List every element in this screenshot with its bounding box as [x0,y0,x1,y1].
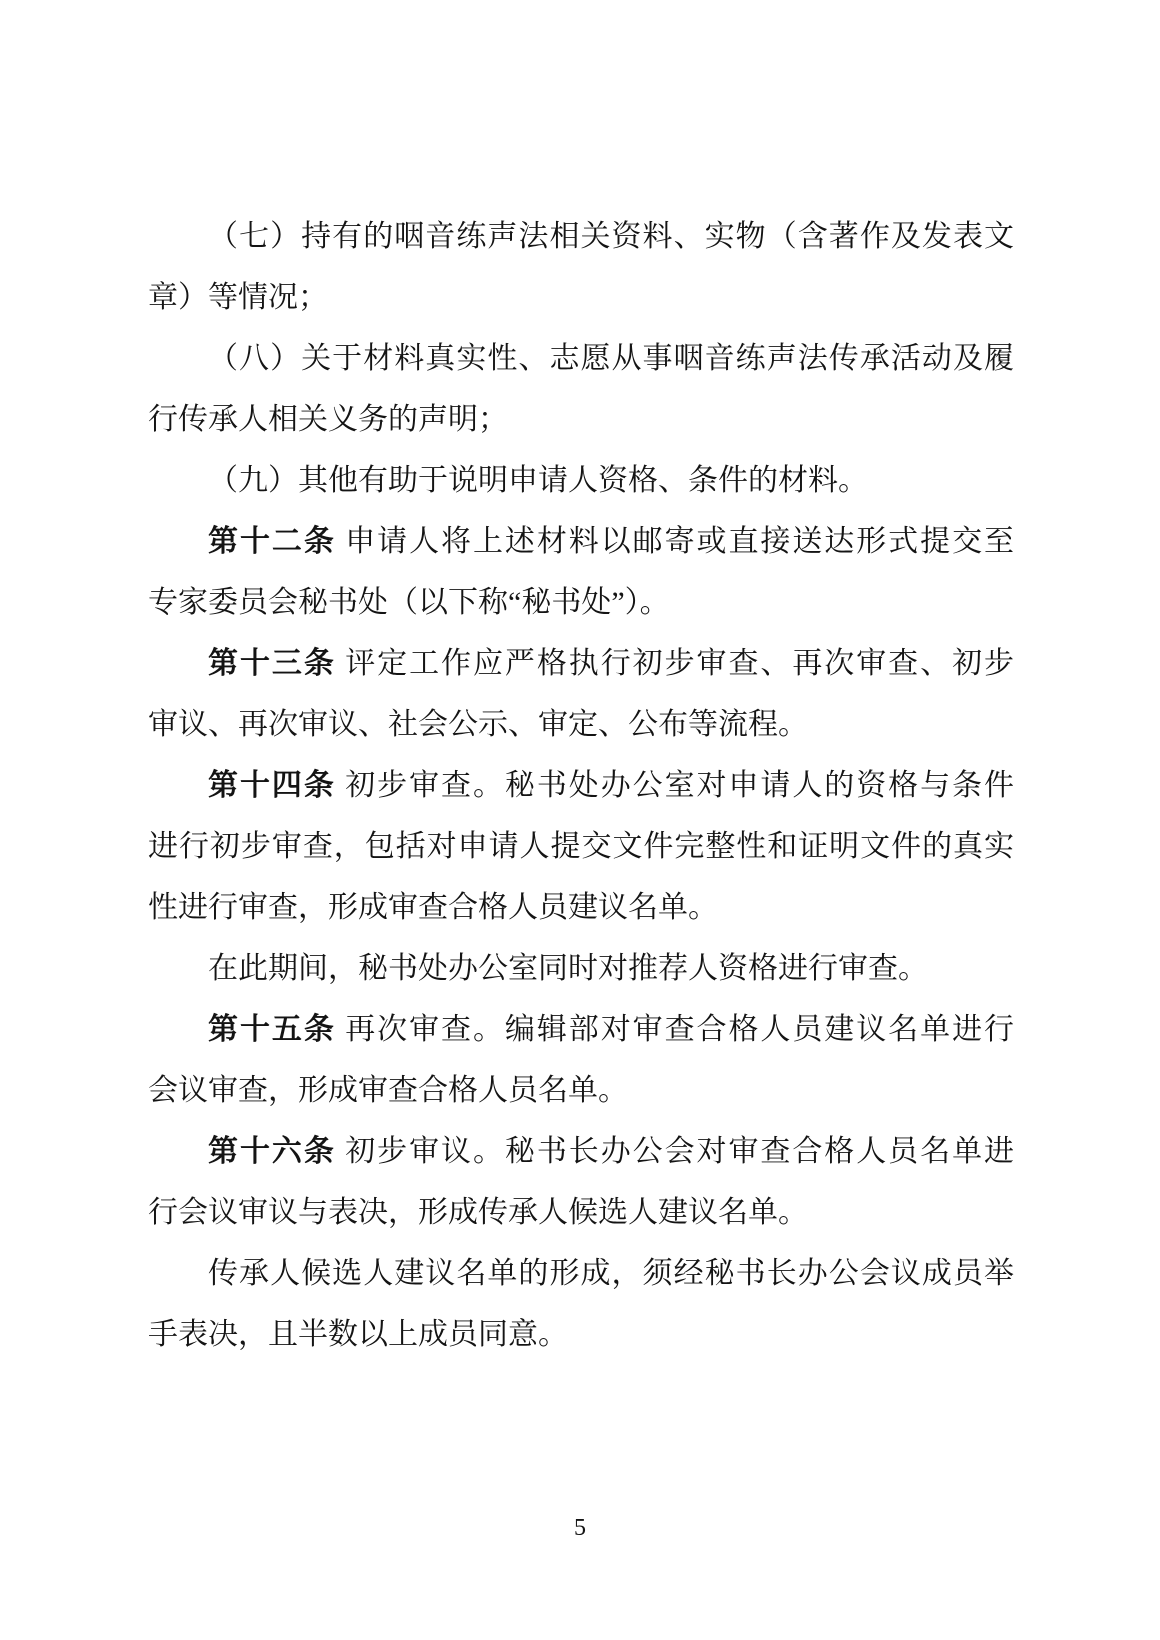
text-line: 第十四条 初步审查。秘书处办公室对申请人的资格与条件 [148,755,1014,816]
text-line: 手表决，且半数以上成员同意。 [148,1304,1014,1365]
text-line: 会议审查，形成审查合格人员名单。 [148,1060,1014,1121]
document-body: （七）持有的咽音练声法相关资料、实物（含著作及发表文 章）等情况； （八）关于材… [148,206,1014,1365]
document-page: （七）持有的咽音练声法相关资料、实物（含著作及发表文 章）等情况； （八）关于材… [0,0,1160,1640]
line-text: 传承人候选人建议名单的形成，须经秘书长办公会议成员举 [208,1257,1014,1290]
text-line: 第十六条 初步审议。秘书长办公会对审查合格人员名单进 [148,1121,1014,1182]
line-text: （八）关于材料真实性、志愿从事咽音练声法传承活动及履 [208,342,1014,375]
text-line: （七）持有的咽音练声法相关资料、实物（含著作及发表文 [148,206,1014,267]
line-text: 专家委员会秘书处（以下称“秘书处”）。 [148,586,670,619]
text-line: 专家委员会秘书处（以下称“秘书处”）。 [148,572,1014,633]
page-number: 5 [0,1512,1160,1544]
line-text: （七）持有的咽音练声法相关资料、实物（含著作及发表文 [208,220,1014,253]
line-text: 再次审查。编辑部对审查合格人员建议名单进行 [336,1013,1014,1046]
text-line: 行会议审议与表决，形成传承人候选人建议名单。 [148,1182,1014,1243]
article-heading: 第十六条 [208,1135,336,1168]
line-text: 行传承人相关义务的声明； [148,403,508,436]
text-line: （八）关于材料真实性、志愿从事咽音练声法传承活动及履 [148,328,1014,389]
text-line: 行传承人相关义务的声明； [148,389,1014,450]
line-text: 在此期间，秘书处办公室同时对推荐人资格进行审查。 [208,952,928,985]
text-line: （九）其他有助于说明申请人资格、条件的材料。 [148,450,1014,511]
line-text: 章）等情况； [148,281,328,314]
line-text: 手表决，且半数以上成员同意。 [148,1318,568,1351]
article-heading: 第十五条 [208,1013,336,1046]
line-text: 初步审议。秘书长办公会对审查合格人员名单进 [336,1135,1014,1168]
line-text: 进行初步审查，包括对申请人提交文件完整性和证明文件的真实 [148,830,1014,863]
text-line: 审议、再次审议、社会公示、审定、公布等流程。 [148,694,1014,755]
text-line: 性进行审查，形成审查合格人员建议名单。 [148,877,1014,938]
line-text: 初步审查。秘书处办公室对申请人的资格与条件 [336,769,1014,802]
text-line: 第十三条 评定工作应严格执行初步审查、再次审查、初步 [148,633,1014,694]
article-heading: 第十二条 [208,525,336,558]
text-line: 进行初步审查，包括对申请人提交文件完整性和证明文件的真实 [148,816,1014,877]
line-text: 性进行审查，形成审查合格人员建议名单。 [148,891,718,924]
text-line: 第十五条 再次审查。编辑部对审查合格人员建议名单进行 [148,999,1014,1060]
line-text: （九）其他有助于说明申请人资格、条件的材料。 [208,464,868,497]
text-line: 章）等情况； [148,267,1014,328]
article-heading: 第十四条 [208,769,336,802]
line-text: 行会议审议与表决，形成传承人候选人建议名单。 [148,1196,808,1229]
line-text: 审议、再次审议、社会公示、审定、公布等流程。 [148,708,808,741]
text-line: 第十二条 申请人将上述材料以邮寄或直接送达形式提交至 [148,511,1014,572]
text-line: 传承人候选人建议名单的形成，须经秘书长办公会议成员举 [148,1243,1014,1304]
line-text: 申请人将上述材料以邮寄或直接送达形式提交至 [336,525,1014,558]
text-line: 在此期间，秘书处办公室同时对推荐人资格进行审查。 [148,938,1014,999]
article-heading: 第十三条 [208,647,336,680]
line-text: 评定工作应严格执行初步审查、再次审查、初步 [336,647,1014,680]
line-text: 会议审查，形成审查合格人员名单。 [148,1074,628,1107]
